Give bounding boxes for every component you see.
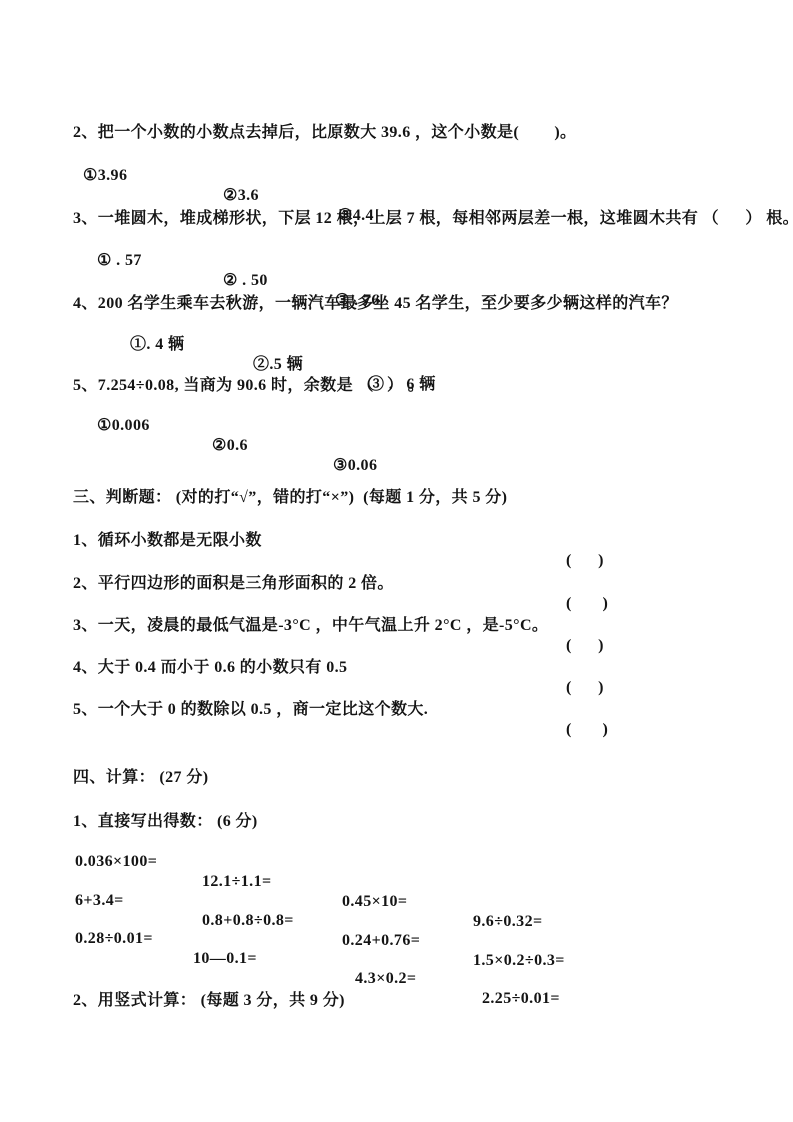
calc-direct-subtitle: 1、直接写出得数： (6 分)	[0, 792, 793, 814]
judge-section-title-text: 三、判断题： (对的打“√”，错的打“×”) (每题 1 分，共 5 分)	[73, 488, 507, 508]
judge-item-3-text: 3、一天，凌晨的最低气温是-3°C ，中午气温上升 2°C ，是-5°C。	[73, 616, 548, 636]
calc-expression: 0.036×100=	[75, 852, 157, 872]
judge-item-3: 3、一天，凌晨的最低气温是-3°C ，中午气温上升 2°C ，是-5°C。 ( …	[0, 596, 793, 618]
calc-vertical-subtitle: 2、用竖式计算： (每题 3 分，共 9 分)	[0, 971, 793, 993]
calc-row-2: 6+3.4= 0.8+0.8÷0.8= 0.24+0.76= 1.5×0.2÷0…	[0, 871, 793, 893]
choice-question-3-option-1: ① . 57	[97, 251, 142, 271]
choice-question-4-options: ①. 4 辆 ②.5 辆 ③ . 6 辆	[0, 315, 793, 337]
calc-row-1: 0.036×100= 12.1÷1.1= 0.45×10= 9.6÷0.32=	[0, 832, 793, 854]
judge-item-1: 1、循环小数都是无限小数 ( )	[0, 511, 793, 533]
choice-question-5: 5、7.254÷0.08, 当商为 90.6 时，余数是 （ ） 。	[0, 356, 793, 378]
choice-question-4: 4、200 名学生乘车去秋游，一辆汽车最多坐 45 名学生，至少要多少辆这样的汽…	[0, 274, 793, 296]
judge-item-5-text: 5、一个大于 0 的数除以 0.5 ，商一定比这个数大.	[73, 700, 428, 720]
calc-section-title: 四、计算： (27 分)	[0, 748, 793, 770]
calc-expression: 6+3.4=	[75, 891, 124, 911]
choice-question-4-option-1: ①. 4 辆	[130, 335, 184, 355]
choice-question-2-options: ①3.96 ②3.6 ③4.4	[0, 146, 793, 168]
calc-vertical-subtitle-text: 2、用竖式计算： (每题 3 分，共 9 分)	[73, 991, 345, 1011]
choice-question-2: 2、把一个小数的小数点去掉后，比原数大 39.6 ，这个小数是( )。	[0, 103, 793, 125]
judge-item-4-text: 4、大于 0.4 而小于 0.6 的小数只有 0.5	[73, 658, 347, 678]
worksheet-page: 2、把一个小数的小数点去掉后，比原数大 39.6 ，这个小数是( )。 ①3.9…	[0, 0, 793, 1122]
choice-question-3-options: ① . 57 ② . 50 ③ . 76	[0, 231, 793, 253]
judge-item-2-text: 2、平行四边形的面积是三角形面积的 2 倍。	[73, 574, 394, 594]
choice-question-3-text: 3、一堆圆木，堆成梯形状，下层 12 根，上层 7 根，每相邻两层差一根，这堆圆…	[73, 209, 793, 229]
choice-question-2-option-1: ①3.96	[83, 166, 127, 186]
choice-question-5-text: 5、7.254÷0.08, 当商为 90.6 时，余数是 （ ） 。	[73, 376, 424, 396]
choice-question-4-text: 4、200 名学生乘车去秋游，一辆汽车最多坐 45 名学生，至少要多少辆这样的汽…	[73, 294, 678, 314]
calc-expression: 1.5×0.2÷0.3=	[473, 951, 565, 971]
choice-question-5-options: ①0.006 ②0.6 ③0.06	[0, 396, 793, 418]
calc-expression: 10—0.1=	[193, 949, 257, 969]
choice-question-5-option-1: ①0.006	[97, 416, 150, 436]
judge-section-title: 三、判断题： (对的打“√”，错的打“×”) (每题 1 分，共 5 分)	[0, 468, 793, 490]
choice-question-2-text: 2、把一个小数的小数点去掉后，比原数大 39.6 ，这个小数是( )。	[73, 123, 576, 143]
choice-question-5-option-2: ②0.6	[212, 436, 248, 456]
calc-row-3: 0.28÷0.01= 10—0.1= 4.3×0.2= 2.25÷0.01=	[0, 909, 793, 931]
calc-expression: 0.28÷0.01=	[75, 929, 153, 949]
judge-item-1-text: 1、循环小数都是无限小数	[73, 531, 262, 551]
calc-expression: 0.24+0.76=	[342, 931, 420, 951]
judge-item-4: 4、大于 0.4 而小于 0.6 的小数只有 0.5 ( )	[0, 638, 793, 660]
choice-question-3: 3、一堆圆木，堆成梯形状，下层 12 根，上层 7 根，每相邻两层差一根，这堆圆…	[0, 189, 793, 211]
judge-item-5-answer-bracket: ( )	[566, 720, 608, 740]
calc-direct-subtitle-text: 1、直接写出得数： (6 分)	[73, 812, 258, 832]
calc-section-title-text: 四、计算： (27 分)	[73, 768, 208, 788]
judge-item-5: 5、一个大于 0 的数除以 0.5 ，商一定比这个数大. ( )	[0, 680, 793, 702]
judge-item-2: 2、平行四边形的面积是三角形面积的 2 倍。 ( )	[0, 554, 793, 576]
